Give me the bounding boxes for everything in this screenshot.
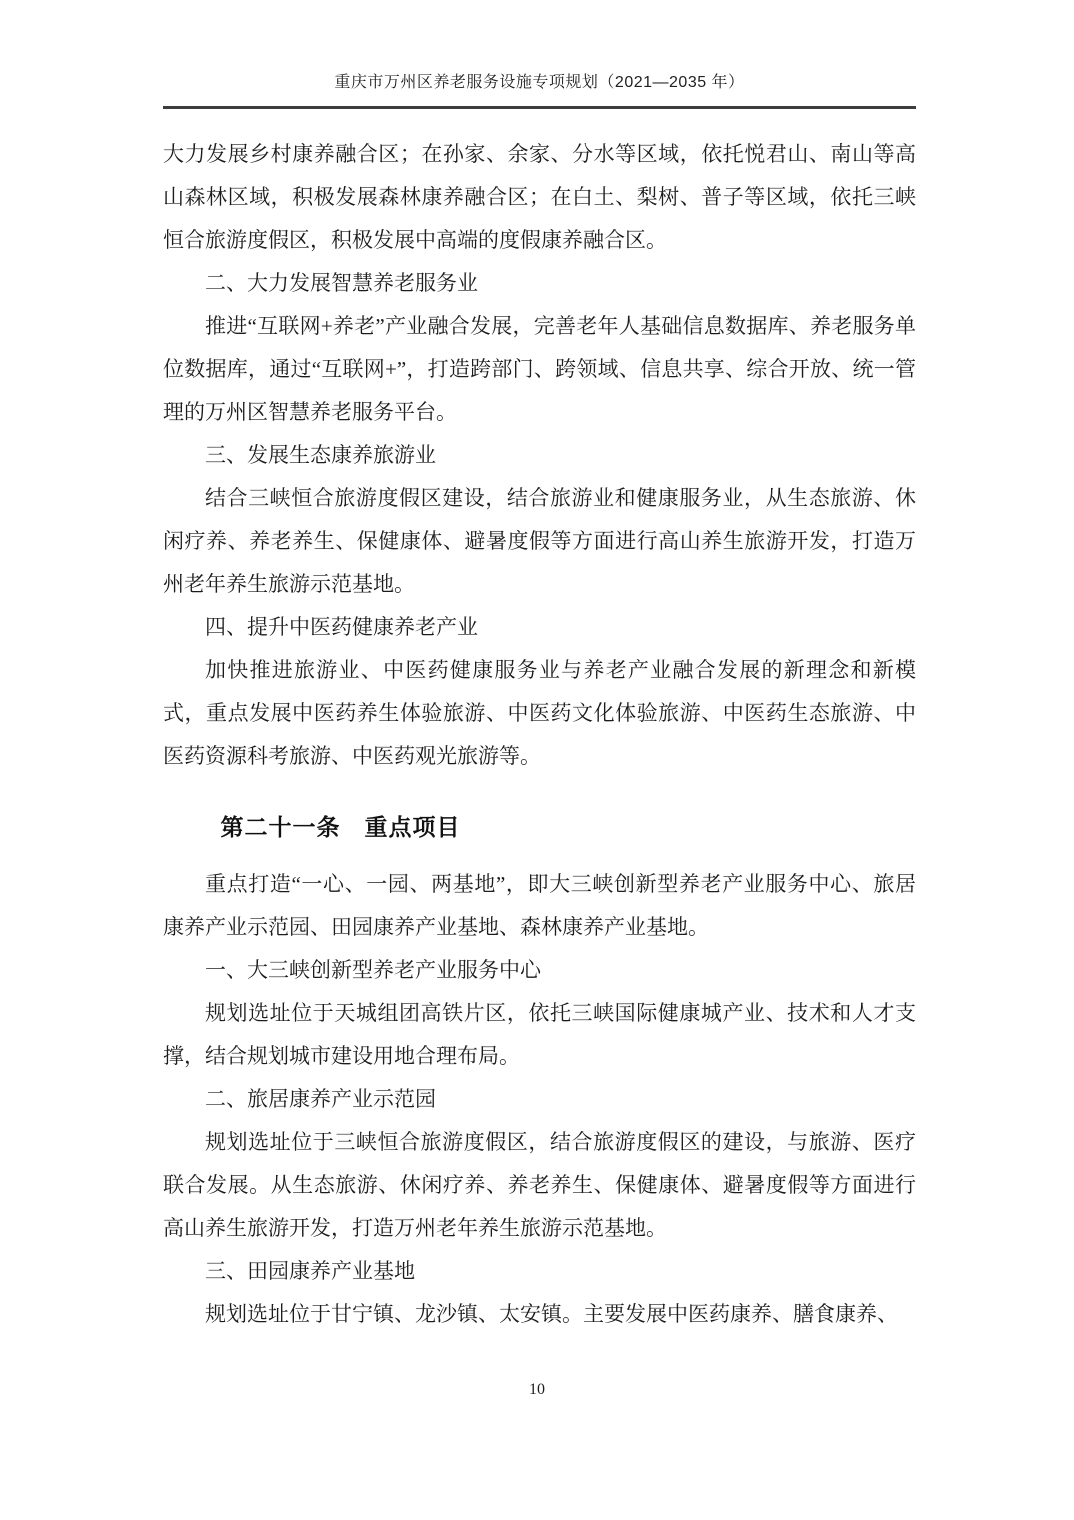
paragraph: 规划选址位于天城组团高铁片区，依托三峡国际健康城产业、技术和人才支撑，结合规划城… — [163, 992, 916, 1078]
section-subheading: 三、发展生态康养旅游业 — [163, 434, 916, 477]
document-title: 重庆市万州区养老服务设施专项规划（2021—2035 年） — [163, 74, 916, 92]
paragraph: 规划选址位于三峡恒合旅游度假区，结合旅游度假区的建设，与旅游、医疗联合发展。从生… — [163, 1121, 916, 1250]
paragraph: 重点打造“一心、一园、两基地”，即大三峡创新型养老产业服务中心、旅居康养产业示范… — [163, 863, 916, 949]
document-page: 重庆市万州区养老服务设施专项规划（2021—2035 年） 大力发展乡村康养融合… — [0, 0, 1074, 1520]
section-subheading: 三、田园康养产业基地 — [163, 1250, 916, 1293]
page-header: 重庆市万州区养老服务设施专项规划（2021—2035 年） — [163, 0, 916, 109]
section-subheading: 二、大力发展智慧养老服务业 — [163, 262, 916, 305]
header-divider — [163, 106, 916, 109]
paragraph: 加快推进旅游业、中医药健康服务业与养老产业融合发展的新理念和新模式，重点发展中医… — [163, 649, 916, 778]
article-heading: 第二十一条 重点项目 — [163, 804, 916, 850]
document-body: 大力发展乡村康养融合区；在孙家、余家、分水等区域，依托悦君山、南山等高山森林区域… — [163, 133, 916, 1336]
paragraph-continuation: 大力发展乡村康养融合区；在孙家、余家、分水等区域，依托悦君山、南山等高山森林区域… — [163, 133, 916, 262]
paragraph: 推进“互联网+养老”产业融合发展，完善老年人基础信息数据库、养老服务单位数据库，… — [163, 305, 916, 434]
section-subheading: 二、旅居康养产业示范园 — [163, 1078, 916, 1121]
page-number: 10 — [0, 1381, 1074, 1399]
paragraph: 结合三峡恒合旅游度假区建设，结合旅游业和健康服务业，从生态旅游、休闲疗养、养老养… — [163, 477, 916, 606]
section-subheading: 一、大三峡创新型养老产业服务中心 — [163, 949, 916, 992]
paragraph: 规划选址位于甘宁镇、龙沙镇、太安镇。主要发展中医药康养、膳食康养、 — [163, 1293, 916, 1336]
section-subheading: 四、提升中医药健康养老产业 — [163, 606, 916, 649]
